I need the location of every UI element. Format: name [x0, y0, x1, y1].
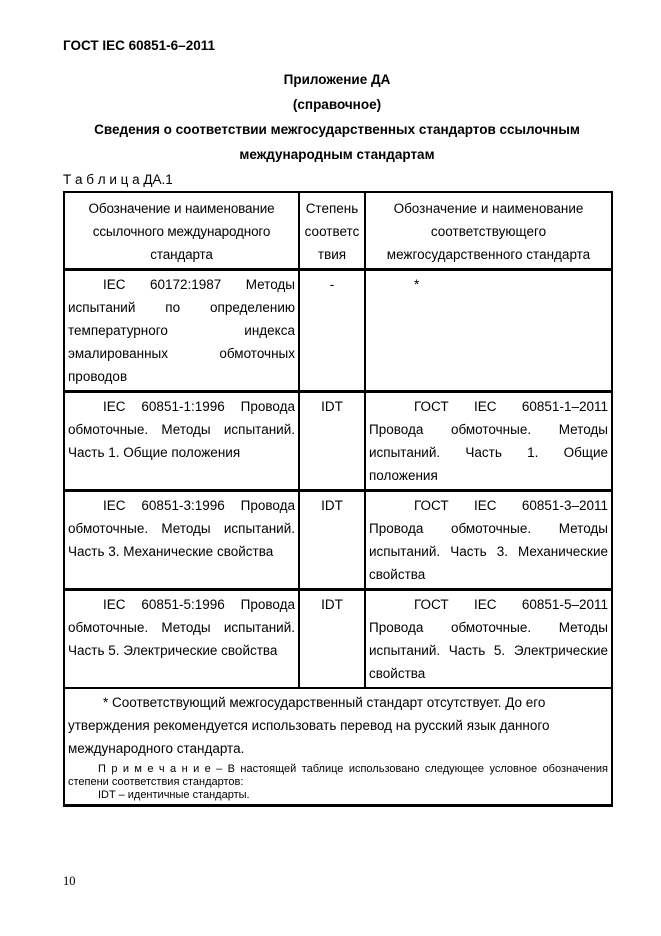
table-footnote-cell: * Соответствующий межгосударственный ста…: [64, 688, 612, 806]
table-row: IEC 60851-5:1996 Провода обмоточные. Мет…: [64, 590, 612, 689]
cell-national-standard: ГОСТ IEC 60851-5–2011 Провода обмоточные…: [365, 590, 612, 689]
cell-degree: IDT: [299, 491, 365, 590]
cell-degree: -: [299, 270, 365, 392]
cell-degree: IDT: [299, 392, 365, 491]
col-header-intl-standard: Обозначение и наименование ссылочного ме…: [64, 192, 299, 270]
table-row: IEC 60851-1:1996 Провода обмоточные. Мет…: [64, 392, 612, 491]
cell-intl-standard: IEC 60851-1:1996 Провода обмоточные. Мет…: [64, 392, 299, 491]
cell-degree: IDT: [299, 590, 365, 689]
cell-national-standard: ГОСТ IEC 60851-3–2011 Провода обмоточные…: [365, 491, 612, 590]
cell-national-standard: *: [365, 270, 612, 392]
table-label: Т а б л и ц а ДА.1: [63, 172, 661, 187]
table-row: IEC 60851-3:1996 Провода обмоточные. Мет…: [64, 491, 612, 590]
cell-intl-standard: IEC 60172:1987 Методы испытаний по опред…: [64, 270, 299, 392]
table-header-row: Обозначение и наименование ссылочного ме…: [64, 192, 612, 270]
table-row: IEC 60172:1987 Методы испытаний по опред…: [64, 270, 612, 392]
document-page: ГОСТ IEC 60851-6–2011 Приложение ДА (спр…: [0, 0, 661, 936]
correspondence-table: Обозначение и наименование ссылочного ме…: [63, 191, 613, 807]
cell-national-standard: ГОСТ IEC 60851-1–2011 Провода обмоточные…: [365, 392, 612, 491]
table-footer-row: * Соответствующий межгосударственный ста…: [64, 688, 612, 806]
note-idt-definition: IDT – идентичные стандарты.: [68, 789, 608, 802]
appendix-headings: Приложение ДА (справочное) Сведения о со…: [63, 67, 611, 167]
cell-intl-standard: IEC 60851-3:1996 Провода обмоточные. Мет…: [64, 491, 299, 590]
col-header-degree: Степень соответствия: [299, 192, 365, 270]
asterisk-footnote: * Соответствующий межгосударственный ста…: [68, 691, 608, 760]
col-header-national-standard: Обозначение и наименование соответствующ…: [365, 192, 612, 270]
section-title-line2: международным стандартам: [63, 142, 611, 167]
appendix-label: Приложение ДА: [63, 67, 611, 92]
note-text: П р и м е ч а н и е – В настоящей таблиц…: [68, 763, 608, 789]
page-number: 10: [63, 874, 76, 889]
doc-number: ГОСТ IEC 60851-6–2011: [63, 0, 661, 53]
section-title-line1: Сведения о соответствии межгосударственн…: [63, 117, 611, 142]
cell-intl-standard: IEC 60851-5:1996 Провода обмоточные. Мет…: [64, 590, 299, 689]
appendix-kind: (справочное): [63, 92, 611, 117]
